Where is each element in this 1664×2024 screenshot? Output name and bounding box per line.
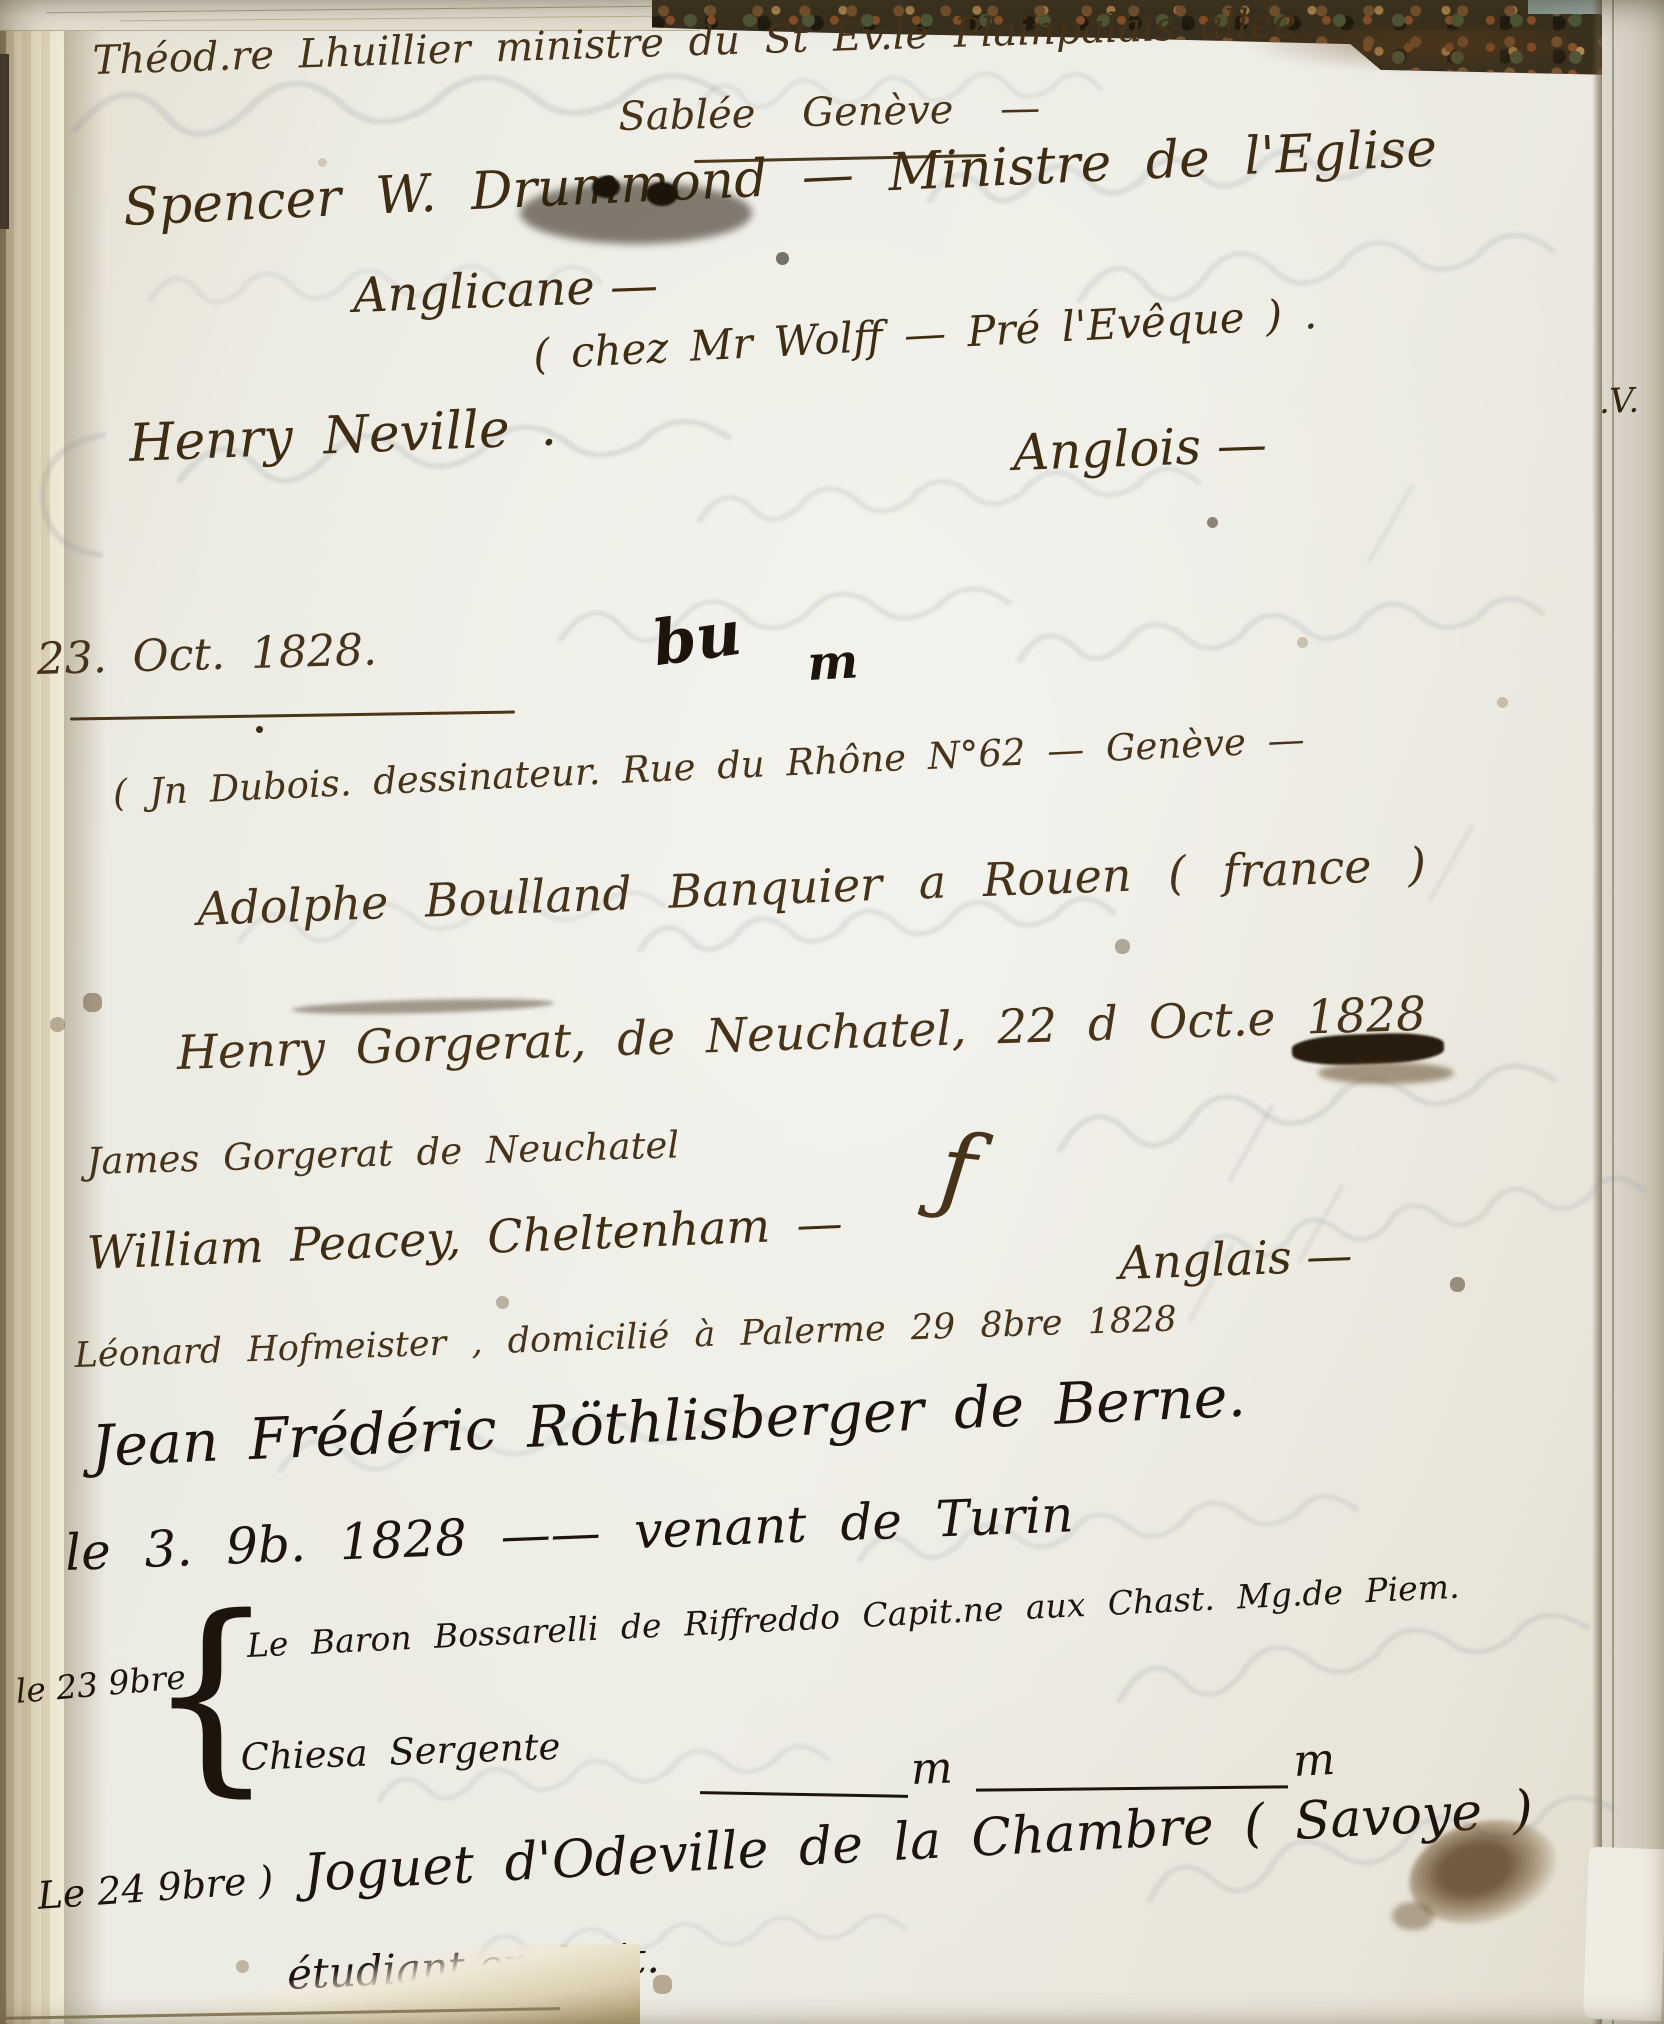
entry-date-23-oct-1828: 23. Oct. 1828.: [36, 624, 378, 684]
pen-trial-mark: bu: [648, 596, 746, 681]
foxing-specks: [0, 0, 5, 5]
entry-peacey-nationality: Anglais —: [1118, 1228, 1353, 1290]
ditto-mark: m: [1292, 1734, 1336, 1787]
register-page-scan: Théod.re Lhuillier ministre du St Ev.le …: [0, 0, 1664, 2024]
ink-smear: [1318, 1062, 1454, 1084]
pen-trial-mark: m: [806, 633, 860, 692]
facing-page-mark: .V.: [1598, 381, 1640, 422]
ink-blot: [646, 182, 678, 206]
ink-stain: [1392, 1902, 1434, 1930]
entry-lhuillier-line2: Sablée Genève —: [618, 85, 1041, 140]
ink-blot: [592, 176, 620, 198]
entry-neville-nationality: Anglois —: [1012, 415, 1268, 482]
ink-dot: [256, 726, 263, 733]
ink-smudge: [520, 182, 752, 244]
entry-drummond-line2: Anglicane —: [352, 257, 659, 324]
ditto-mark: m: [910, 1743, 953, 1795]
